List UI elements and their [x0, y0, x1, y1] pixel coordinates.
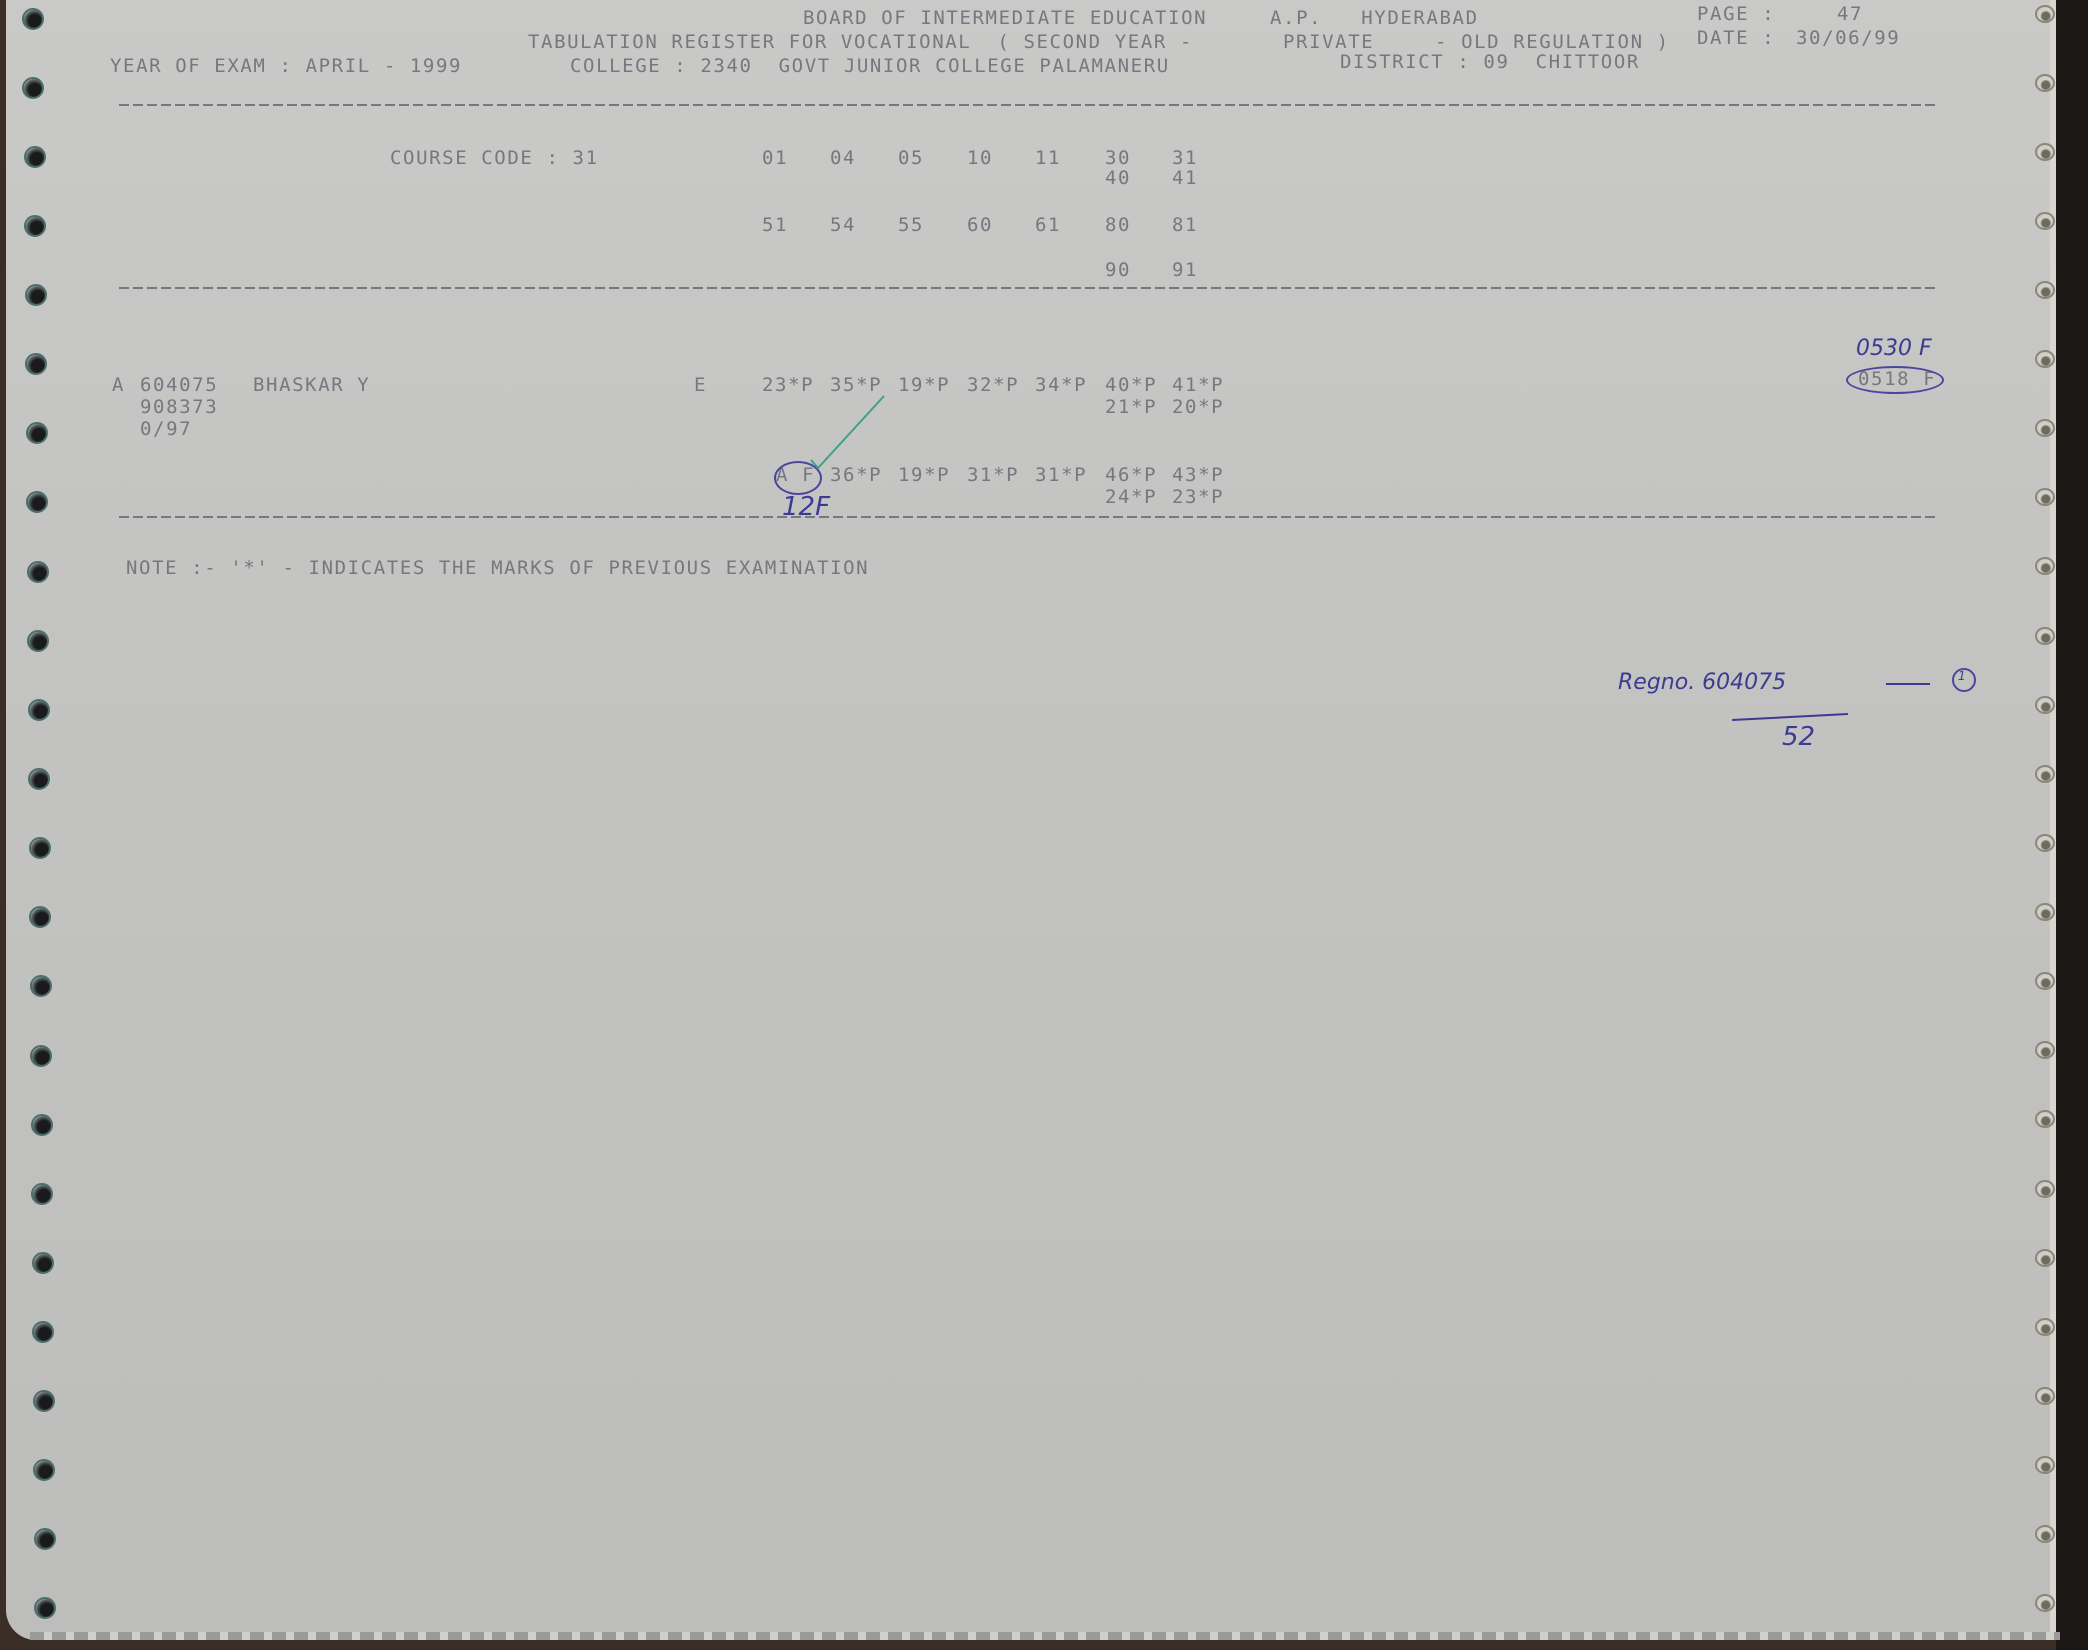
- feed-hole: [2035, 972, 2055, 990]
- college-info: COLLEGE : 2340 GOVT JUNIOR COLLEGE PALAM…: [570, 56, 1170, 76]
- feed-hole: [2035, 1387, 2055, 1405]
- feed-hole: [25, 353, 47, 375]
- register-title: TABULATION REGISTER FOR VOCATIONAL ( SEC…: [528, 32, 1193, 52]
- feed-hole: [2035, 1594, 2055, 1612]
- feed-hole: [2035, 1318, 2055, 1336]
- feed-hole: [2035, 696, 2055, 714]
- subject-code: 61: [1035, 215, 1061, 235]
- circled-number-text: 1: [1958, 669, 1966, 683]
- feed-hole: [32, 1252, 54, 1274]
- footnote: NOTE :- '*' - INDICATES THE MARKS OF PRE…: [126, 558, 869, 578]
- record-prefix: A: [112, 375, 125, 395]
- medium: E: [694, 375, 707, 395]
- background-edge: [2056, 0, 2088, 1650]
- feed-hole: [2035, 557, 2055, 575]
- feed-hole: [30, 1045, 52, 1067]
- feed-hole: [2035, 1180, 2055, 1198]
- district-info: DISTRICT : 09 CHITTOOR: [1340, 52, 1640, 72]
- subject-code: 10: [967, 148, 993, 168]
- circled-total-annotation: [1846, 366, 1944, 394]
- subject-code: 80: [1105, 215, 1131, 235]
- feed-hole: [2035, 1456, 2055, 1474]
- feed-hole: [27, 561, 49, 583]
- mark-cell: 24*P: [1105, 487, 1157, 507]
- feed-hole: [29, 837, 51, 859]
- date-value: 30/06/99: [1796, 28, 1900, 48]
- page-label: PAGE :: [1697, 4, 1775, 24]
- feed-hole: [27, 630, 49, 652]
- feed-hole: [2035, 212, 2055, 230]
- mark-cell: 43*P: [1172, 465, 1224, 485]
- feed-hole: [22, 77, 44, 99]
- feed-hole: [32, 1321, 54, 1343]
- board-title: BOARD OF INTERMEDIATE EDUCATION: [803, 8, 1207, 28]
- feed-hole: [34, 1597, 56, 1619]
- feed-hole: [2035, 765, 2055, 783]
- mark-cell: 19*P: [898, 375, 950, 395]
- board-location: A.P. HYDERABAD: [1270, 8, 1479, 28]
- mark-cell: 32*P: [967, 375, 1019, 395]
- feed-hole: [33, 1390, 55, 1412]
- subject-code: 01: [762, 148, 788, 168]
- feed-hole: [2035, 1525, 2055, 1543]
- subject-code: 81: [1172, 215, 1198, 235]
- feed-hole: [2035, 1041, 2055, 1059]
- mark-cell: 31*P: [1035, 465, 1087, 485]
- subject-code: 30: [1105, 148, 1131, 168]
- date-label: DATE :: [1697, 28, 1775, 48]
- feed-hole: [2035, 488, 2055, 506]
- previous-exam: 0/97: [140, 419, 192, 439]
- feed-hole: [26, 491, 48, 513]
- feed-hole: [2035, 419, 2055, 437]
- feed-hole: [2035, 834, 2055, 852]
- dash-stroke: [1886, 683, 1930, 685]
- feed-hole: [28, 699, 50, 721]
- tabulation-register-sheet: BOARD OF INTERMEDIATE EDUCATION A.P. HYD…: [6, 0, 2056, 1640]
- course-code: COURSE CODE : 31: [390, 148, 599, 168]
- fraction-denominator: 52: [1782, 722, 1815, 752]
- feed-hole: [22, 8, 44, 30]
- subject-code: 51: [762, 215, 788, 235]
- feed-hole: [24, 146, 46, 168]
- feed-hole: [2035, 74, 2055, 92]
- page-number: 47: [1837, 4, 1863, 24]
- regulation: - OLD REGULATION ): [1435, 32, 1670, 52]
- student-sub-id: 908373: [140, 397, 218, 417]
- mark-cell: 40*P: [1105, 375, 1157, 395]
- subject-code: 55: [898, 215, 924, 235]
- feed-hole: [31, 1183, 53, 1205]
- handwritten-total: 0530 F: [1856, 336, 1932, 361]
- feed-hole: [34, 1528, 56, 1550]
- handwritten-score: 12F: [782, 492, 830, 522]
- feed-hole: [2035, 281, 2055, 299]
- divider-dashed: [119, 287, 1939, 289]
- feed-hole: [30, 975, 52, 997]
- mark-cell: 23*P: [1172, 487, 1224, 507]
- registration-number: 604075: [140, 375, 218, 395]
- feed-hole: [25, 284, 47, 306]
- feed-hole: [2035, 143, 2055, 161]
- mark-cell: 41*P: [1172, 375, 1224, 395]
- mark-cell: 46*P: [1105, 465, 1157, 485]
- feed-hole: [31, 1114, 53, 1136]
- candidate-type: PRIVATE: [1283, 32, 1374, 52]
- mark-cell: 19*P: [898, 465, 950, 485]
- feed-hole: [2035, 903, 2055, 921]
- feed-hole: [33, 1459, 55, 1481]
- feed-hole: [24, 215, 46, 237]
- feed-hole: [2035, 1110, 2055, 1128]
- subject-code: 91: [1172, 260, 1198, 280]
- mark-cell: 21*P: [1105, 397, 1157, 417]
- mark-cell: 34*P: [1035, 375, 1087, 395]
- subject-code: 90: [1105, 260, 1131, 280]
- feed-hole: [2035, 350, 2055, 368]
- divider-dashed: [119, 516, 1939, 518]
- subject-code: 11: [1035, 148, 1061, 168]
- mark-cell: 20*P: [1172, 397, 1224, 417]
- mark-cell: 31*P: [967, 465, 1019, 485]
- year-of-exam: YEAR OF EXAM : APRIL - 1999: [110, 56, 462, 76]
- feed-hole: [2035, 5, 2055, 23]
- bottom-perforation: [30, 1632, 2060, 1640]
- check-mark-icon: [806, 390, 896, 470]
- feed-hole: [2035, 627, 2055, 645]
- subject-code: 40: [1105, 168, 1131, 188]
- subject-code: 54: [830, 215, 856, 235]
- regno-note: Regno. 604075: [1618, 670, 1786, 695]
- student-name: BHASKAR Y: [253, 375, 370, 395]
- fraction-bar: [1732, 713, 1848, 721]
- subject-code: 04: [830, 148, 856, 168]
- divider-dashed: [119, 104, 1939, 106]
- feed-hole: [29, 906, 51, 928]
- subject-code: 31: [1172, 148, 1198, 168]
- feed-hole: [28, 768, 50, 790]
- subject-code: 41: [1172, 168, 1198, 188]
- subject-code: 05: [898, 148, 924, 168]
- subject-code: 60: [967, 215, 993, 235]
- feed-hole: [2035, 1249, 2055, 1267]
- feed-hole: [26, 422, 48, 444]
